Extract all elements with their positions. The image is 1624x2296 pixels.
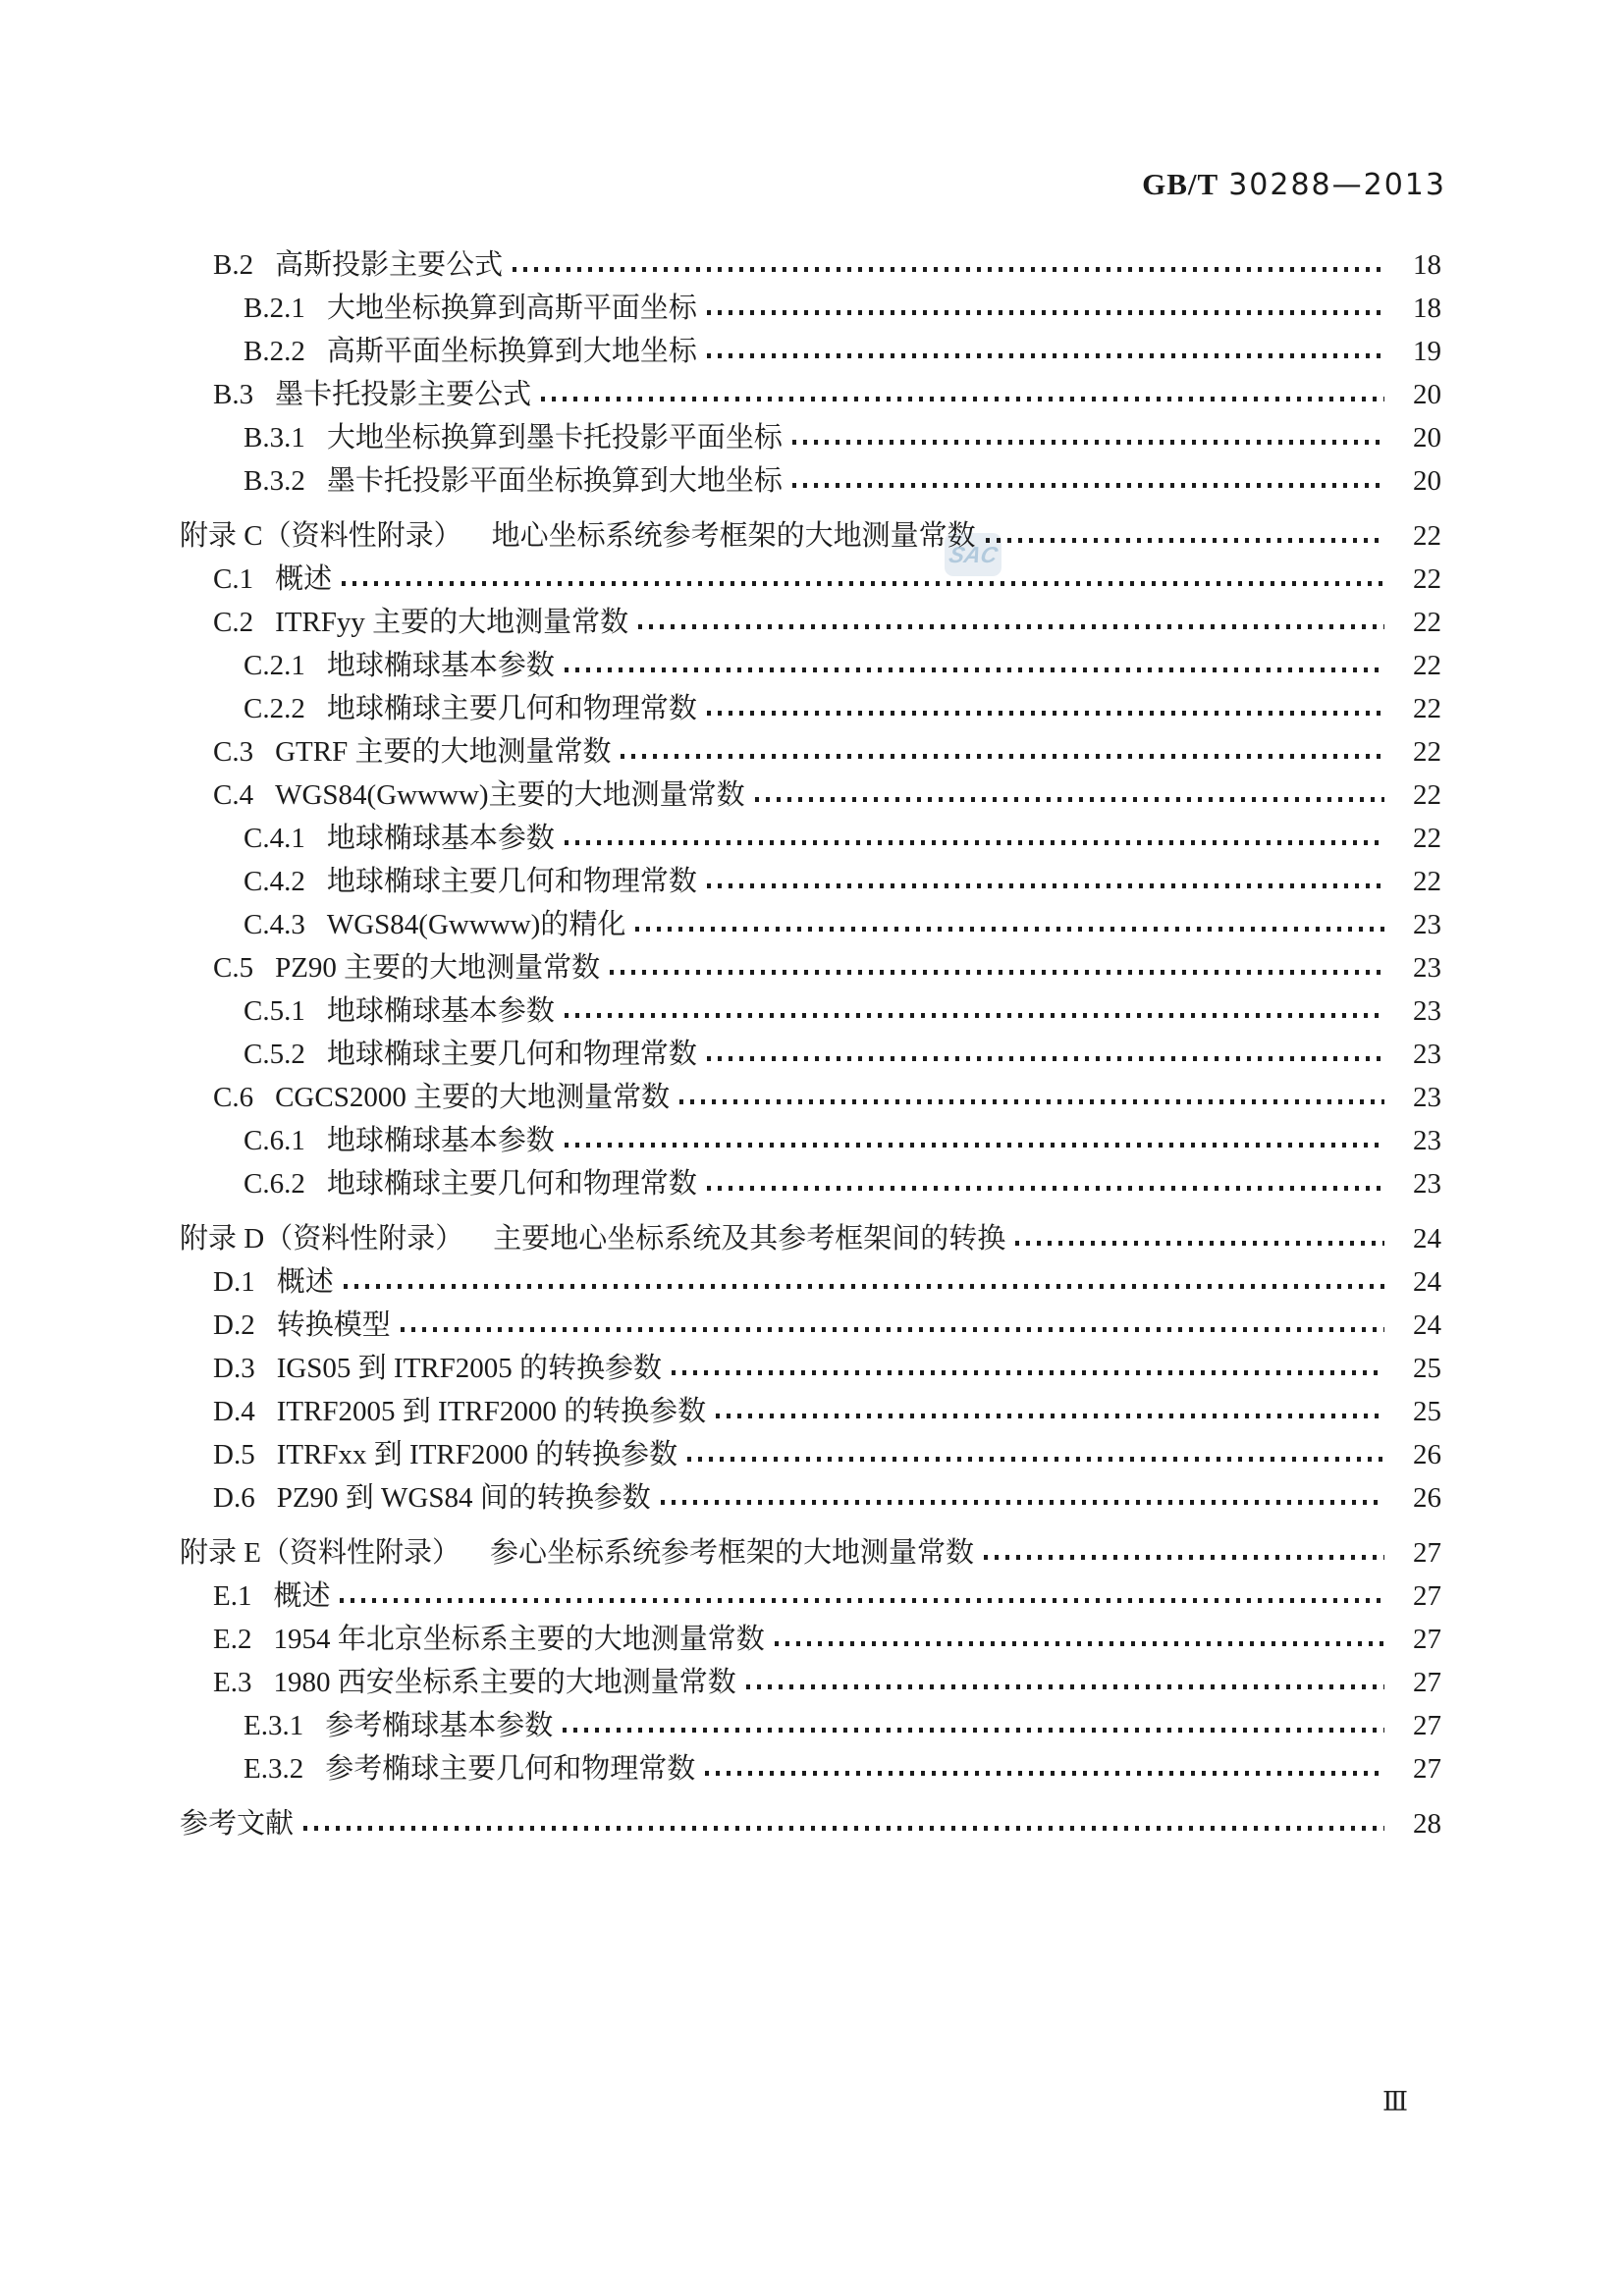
- toc-entry-page: 27: [1396, 1626, 1441, 1654]
- toc-dot-leader: [707, 1056, 1384, 1061]
- toc-entry-title: 地球椭球基本参数: [327, 652, 555, 680]
- toc-dot-leader: [342, 581, 1384, 586]
- toc-entry[interactable]: 附录 C（资料性附录） 地心坐标系统参考框架的大地测量常数 22: [180, 514, 1441, 558]
- toc-dot-leader: [541, 397, 1384, 401]
- toc-dot-leader: [707, 310, 1384, 315]
- toc-entry-title: 高斯投影主要公式: [275, 251, 503, 280]
- toc-entry-title: 地球椭球主要几何和物理常数: [327, 1170, 697, 1199]
- toc-entry-number: B.2: [213, 251, 253, 280]
- toc-entry-number: D.2: [213, 1311, 255, 1340]
- toc-entry-number: C.6.1: [244, 1127, 305, 1155]
- toc-entry-page: 27: [1396, 1712, 1441, 1740]
- toc-entry-page: 18: [1396, 294, 1441, 323]
- toc-dot-leader: [707, 711, 1384, 716]
- document-page: SAC GB/T30288—2013 B.2 高斯投影主要公式 18 B.2.1…: [0, 0, 1624, 2296]
- toc-entry-page: 23: [1396, 1084, 1441, 1112]
- toc-entry[interactable]: E.3 1980 西安坐标系主要的大地测量常数 27: [180, 1661, 1441, 1704]
- toc-entry-title: 转换模型: [277, 1311, 391, 1340]
- toc-entry-title: 高斯平面坐标换算到大地坐标: [327, 338, 697, 366]
- toc-entry-number: C.4.3: [244, 911, 305, 939]
- standard-code: GB/T30288—2013: [1142, 167, 1446, 202]
- toc-entry-page: 23: [1396, 911, 1441, 939]
- toc-entry-number: B.2.1: [244, 294, 305, 323]
- toc-entry-number: C.2.1: [244, 652, 305, 680]
- toc-entry-number: C.5.1: [244, 997, 305, 1026]
- toc-entry-number: E.3: [213, 1669, 251, 1697]
- toc-entry-title: WGS84(Gwwww)主要的大地测量常数: [275, 781, 744, 810]
- toc-entry-page: 27: [1396, 1755, 1441, 1784]
- toc-dot-leader: [984, 1555, 1384, 1560]
- toc-entry[interactable]: D.1 概述 24: [180, 1260, 1441, 1304]
- toc-entry[interactable]: C.1 概述 22: [180, 558, 1441, 601]
- toc-entry-number: C.6: [213, 1084, 253, 1112]
- standard-code-number: 30288—2013: [1228, 168, 1446, 202]
- toc-entry[interactable]: 附录 D（资料性附录） 主要地心坐标系统及其参考框架间的转换 24: [180, 1217, 1441, 1260]
- toc-entry-number: E.2: [213, 1626, 251, 1654]
- toc-entry-page: 22: [1396, 522, 1441, 551]
- toc-entry-page: 23: [1396, 1127, 1441, 1155]
- toc-entry[interactable]: C.4.1 地球椭球基本参数 22: [180, 817, 1441, 860]
- toc-dot-leader: [792, 483, 1384, 488]
- toc-entry-number: C.5.2: [244, 1041, 305, 1069]
- toc-entry[interactable]: C.6 CGCS2000 主要的大地测量常数 23: [180, 1076, 1441, 1119]
- toc-entry-number: 附录 C（资料性附录）: [180, 522, 462, 551]
- toc-entry-title: 地球椭球基本参数: [327, 1127, 555, 1155]
- toc-entry-title: 参心坐标系统参考框架的大地测量常数: [490, 1539, 974, 1568]
- toc-entry-number: D.4: [213, 1398, 255, 1426]
- toc-entry-title: 墨卡托投影主要公式: [275, 381, 531, 409]
- toc-dot-leader: [610, 970, 1384, 975]
- toc-dot-leader: [707, 883, 1384, 888]
- toc-entry[interactable]: B.3.2 墨卡托投影平面坐标换算到大地坐标 20: [180, 459, 1441, 503]
- toc-entry-title: 地球椭球主要几何和物理常数: [327, 1041, 697, 1069]
- toc-entry-number: C.6.2: [244, 1170, 305, 1199]
- toc-dot-leader: [661, 1500, 1384, 1505]
- toc-dot-leader: [565, 1143, 1384, 1148]
- toc-entry-title: 大地坐标换算到墨卡托投影平面坐标: [327, 424, 783, 453]
- toc-entry-title: 墨卡托投影平面坐标换算到大地坐标: [327, 467, 783, 496]
- toc-dot-leader: [638, 624, 1384, 629]
- toc-entry-title: PZ90 主要的大地测量常数: [275, 954, 600, 983]
- toc-entry-page: 20: [1396, 381, 1441, 409]
- toc-dot-leader: [792, 440, 1384, 445]
- toc-entry-page: 26: [1396, 1484, 1441, 1513]
- toc-entry-number: E.3.2: [244, 1755, 303, 1784]
- toc-entry-title: 概述: [273, 1582, 330, 1611]
- toc-entry-title: 地球椭球基本参数: [327, 825, 555, 853]
- toc-entry-page: 22: [1396, 738, 1441, 767]
- toc-entry-number: C.4: [213, 781, 253, 810]
- toc-entry[interactable]: E.3.2 参考椭球主要几何和物理常数 27: [180, 1747, 1441, 1790]
- toc-entry[interactable]: D.5 ITRFxx 到 ITRF2000 的转换参数 26: [180, 1433, 1441, 1476]
- toc-entry-number: B.3.2: [244, 467, 305, 496]
- toc-entry-title: 参考椭球主要几何和物理常数: [325, 1755, 695, 1784]
- toc-entry-number: C.5: [213, 954, 253, 983]
- toc-entry[interactable]: D.2 转换模型 24: [180, 1304, 1441, 1347]
- toc-entry-title: 概述: [275, 565, 332, 594]
- toc-entry-title: CGCS2000 主要的大地测量常数: [275, 1084, 670, 1112]
- toc-entry-page: 24: [1396, 1225, 1441, 1254]
- table-of-contents: B.2 高斯投影主要公式 18 B.2.1 大地坐标换算到高斯平面坐标 18 B…: [180, 243, 1441, 1845]
- toc-entry-number: B.3.1: [244, 424, 305, 453]
- toc-entry-page: 22: [1396, 868, 1441, 896]
- toc-entry[interactable]: D.4 ITRF2005 到 ITRF2000 的转换参数 25: [180, 1390, 1441, 1433]
- toc-entry[interactable]: B.2.1 大地坐标换算到高斯平面坐标 18: [180, 287, 1441, 330]
- toc-entry-number: C.2.2: [244, 695, 305, 723]
- toc-dot-leader: [635, 927, 1384, 932]
- toc-entry[interactable]: B.2 高斯投影主要公式 18: [180, 243, 1441, 287]
- toc-entry-page: 24: [1396, 1268, 1441, 1297]
- toc-entry[interactable]: D.6 PZ90 到 WGS84 间的转换参数 26: [180, 1476, 1441, 1520]
- toc-entry-number: D.1: [213, 1268, 255, 1297]
- toc-entry[interactable]: B.3 墨卡托投影主要公式 20: [180, 373, 1441, 416]
- toc-entry-page: 27: [1396, 1582, 1441, 1611]
- toc-dot-leader: [565, 840, 1384, 845]
- toc-entry-number: E.1: [213, 1582, 251, 1611]
- toc-entry-page: 23: [1396, 1041, 1441, 1069]
- toc-entry-number: C.1: [213, 565, 253, 594]
- toc-entry-page: 23: [1396, 954, 1441, 983]
- toc-dot-leader: [340, 1598, 1384, 1603]
- toc-entry[interactable]: C.5 PZ90 主要的大地测量常数 23: [180, 946, 1441, 989]
- toc-entry-title: IGS05 到 ITRF2005 的转换参数: [277, 1355, 662, 1383]
- toc-entry-title: WGS84(Gwwww)的精化: [327, 911, 625, 939]
- toc-entry-page: 27: [1396, 1669, 1441, 1697]
- toc-entry-page: 19: [1396, 338, 1441, 366]
- toc-entry[interactable]: C.5.2 地球椭球主要几何和物理常数 23: [180, 1033, 1441, 1076]
- toc-entry-title: 大地坐标换算到高斯平面坐标: [327, 294, 697, 323]
- standard-code-prefix: GB/T: [1142, 167, 1218, 201]
- toc-entry[interactable]: B.3.1 大地坐标换算到墨卡托投影平面坐标 20: [180, 416, 1441, 459]
- toc-dot-leader: [565, 667, 1384, 672]
- toc-dot-leader: [565, 1013, 1384, 1018]
- toc-dot-leader: [344, 1284, 1384, 1289]
- toc-entry[interactable]: C.2.2 地球椭球主要几何和物理常数 22: [180, 687, 1441, 730]
- toc-entry-title: ITRF2005 到 ITRF2000 的转换参数: [277, 1398, 706, 1426]
- toc-dot-leader: [775, 1641, 1384, 1646]
- toc-entry[interactable]: C.4 WGS84(Gwwww)主要的大地测量常数 22: [180, 774, 1441, 817]
- toc-entry[interactable]: 附录 E（资料性附录） 参心坐标系统参考框架的大地测量常数 27: [180, 1531, 1441, 1575]
- toc-dot-leader: [707, 353, 1384, 358]
- toc-entry-number: C.4.1: [244, 825, 305, 853]
- page-number: Ⅲ: [1382, 2087, 1408, 2117]
- toc-entry-page: 20: [1396, 424, 1441, 453]
- toc-dot-leader: [672, 1370, 1384, 1375]
- toc-entry-title: GTRF 主要的大地测量常数: [275, 738, 611, 767]
- toc-entry-number: E.3.1: [244, 1712, 303, 1740]
- toc-entry-page: 22: [1396, 781, 1441, 810]
- toc-entry-page: 26: [1396, 1441, 1441, 1469]
- toc-dot-leader: [755, 797, 1384, 802]
- toc-entry-number: B.2.2: [244, 338, 305, 366]
- toc-dot-leader: [621, 754, 1384, 759]
- toc-entry-number: 附录 E（资料性附录）: [180, 1539, 460, 1568]
- toc-entry-number: C.4.2: [244, 868, 305, 896]
- toc-entry-title: 概述: [277, 1268, 334, 1297]
- toc-entry[interactable]: C.5.1 地球椭球基本参数 23: [180, 989, 1441, 1033]
- toc-dot-leader: [679, 1099, 1384, 1104]
- toc-entry-page: 22: [1396, 825, 1441, 853]
- toc-entry[interactable]: C.2.1 地球椭球基本参数 22: [180, 644, 1441, 687]
- toc-entry-title: 参考文献: [180, 1810, 294, 1839]
- toc-entry-number: 附录 D（资料性附录）: [180, 1225, 463, 1254]
- toc-entry-page: 22: [1396, 565, 1441, 594]
- toc-entry-number: D.3: [213, 1355, 255, 1383]
- toc-entry-title: PZ90 到 WGS84 间的转换参数: [277, 1484, 651, 1513]
- toc-dot-leader: [303, 1826, 1384, 1831]
- toc-dot-leader: [746, 1684, 1384, 1689]
- toc-entry-title: 地球椭球基本参数: [327, 997, 555, 1026]
- toc-entry-page: 23: [1396, 997, 1441, 1026]
- toc-dot-leader: [401, 1327, 1384, 1332]
- toc-dot-leader: [707, 1186, 1384, 1191]
- toc-entry-number: B.3: [213, 381, 253, 409]
- toc-entry-page: 25: [1396, 1398, 1441, 1426]
- toc-entry-page: 25: [1396, 1355, 1441, 1383]
- toc-entry[interactable]: C.6.2 地球椭球主要几何和物理常数 23: [180, 1162, 1441, 1205]
- toc-entry-title: 参考椭球基本参数: [325, 1712, 553, 1740]
- toc-entry-page: 18: [1396, 251, 1441, 280]
- toc-entry-number: C.3: [213, 738, 253, 767]
- toc-entry-title: 地球椭球主要几何和物理常数: [327, 695, 697, 723]
- toc-entry[interactable]: E.2 1954 年北京坐标系主要的大地测量常数 27: [180, 1618, 1441, 1661]
- toc-dot-leader: [705, 1771, 1384, 1776]
- toc-dot-leader: [716, 1414, 1384, 1418]
- toc-entry[interactable]: E.1 概述 27: [180, 1575, 1441, 1618]
- toc-entry-title: 地球椭球主要几何和物理常数: [327, 868, 697, 896]
- toc-dot-leader: [986, 538, 1384, 543]
- toc-entry-title: 地心坐标系统参考框架的大地测量常数: [492, 522, 976, 551]
- toc-entry[interactable]: B.2.2 高斯平面坐标换算到大地坐标 19: [180, 330, 1441, 373]
- toc-entry[interactable]: C.3 GTRF 主要的大地测量常数 22: [180, 730, 1441, 774]
- toc-entry-page: 22: [1396, 652, 1441, 680]
- toc-entry-number: D.6: [213, 1484, 255, 1513]
- toc-entry-number: D.5: [213, 1441, 255, 1469]
- toc-entry-page: 20: [1396, 467, 1441, 496]
- toc-dot-leader: [513, 267, 1384, 272]
- toc-entry-number: C.2: [213, 609, 253, 637]
- toc-entry-page: 23: [1396, 1170, 1441, 1199]
- toc-entry-page: 22: [1396, 695, 1441, 723]
- toc-entry[interactable]: D.3 IGS05 到 ITRF2005 的转换参数 25: [180, 1347, 1441, 1390]
- toc-entry[interactable]: E.3.1 参考椭球基本参数 27: [180, 1704, 1441, 1747]
- toc-entry[interactable]: C.4.2 地球椭球主要几何和物理常数 22: [180, 860, 1441, 903]
- toc-dot-leader: [1015, 1241, 1384, 1246]
- toc-dot-leader: [687, 1457, 1384, 1462]
- toc-entry-title: ITRFyy 主要的大地测量常数: [275, 609, 628, 637]
- toc-entry-title: ITRFxx 到 ITRF2000 的转换参数: [277, 1441, 677, 1469]
- toc-entry-page: 27: [1396, 1539, 1441, 1568]
- toc-dot-leader: [563, 1728, 1384, 1733]
- toc-entry-page: 24: [1396, 1311, 1441, 1340]
- toc-entry-title: 1980 西安坐标系主要的大地测量常数: [273, 1669, 735, 1697]
- toc-entry[interactable]: C.6.1 地球椭球基本参数 23: [180, 1119, 1441, 1162]
- toc-entry[interactable]: C.2 ITRFyy 主要的大地测量常数 22: [180, 601, 1441, 644]
- toc-entry[interactable]: 参考文献 28: [180, 1802, 1441, 1845]
- toc-entry-page: 22: [1396, 609, 1441, 637]
- toc-entry[interactable]: C.4.3 WGS84(Gwwww)的精化 23: [180, 903, 1441, 946]
- toc-entry-title: 1954 年北京坐标系主要的大地测量常数: [273, 1626, 764, 1654]
- toc-entry-title: 主要地心坐标系统及其参考框架间的转换: [493, 1225, 1005, 1254]
- toc-entry-page: 28: [1396, 1810, 1441, 1839]
